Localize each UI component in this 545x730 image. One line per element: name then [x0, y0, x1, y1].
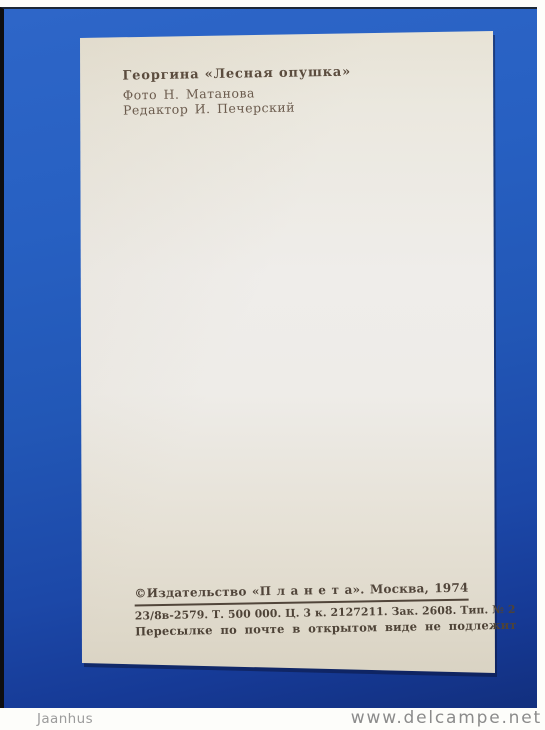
editor-credit: Редактор И. Печерский: [123, 99, 352, 118]
title-block: Георгина «Лесная опушка» Фото Н. Матанов…: [122, 65, 351, 118]
publisher-line: ©Издательство «П л а н е т а». Москва, 1…: [134, 581, 470, 601]
watermark-seller: Jaanhus: [37, 711, 93, 727]
postcard-scan: Георгина «Лесная опушка» Фото Н. Матанов…: [0, 0, 545, 730]
imprint-block: ©Издательство «П л а н е т а». Москва, 1…: [134, 581, 471, 639]
blue-backdrop: Георгина «Лесная опушка» Фото Н. Матанов…: [0, 7, 537, 708]
postcard-title: Георгина «Лесная опушка»: [122, 65, 351, 84]
postcard-content: Георгина «Лесная опушка» Фото Н. Матанов…: [80, 24, 505, 673]
watermark-site: www.delcampe.net: [351, 708, 542, 728]
